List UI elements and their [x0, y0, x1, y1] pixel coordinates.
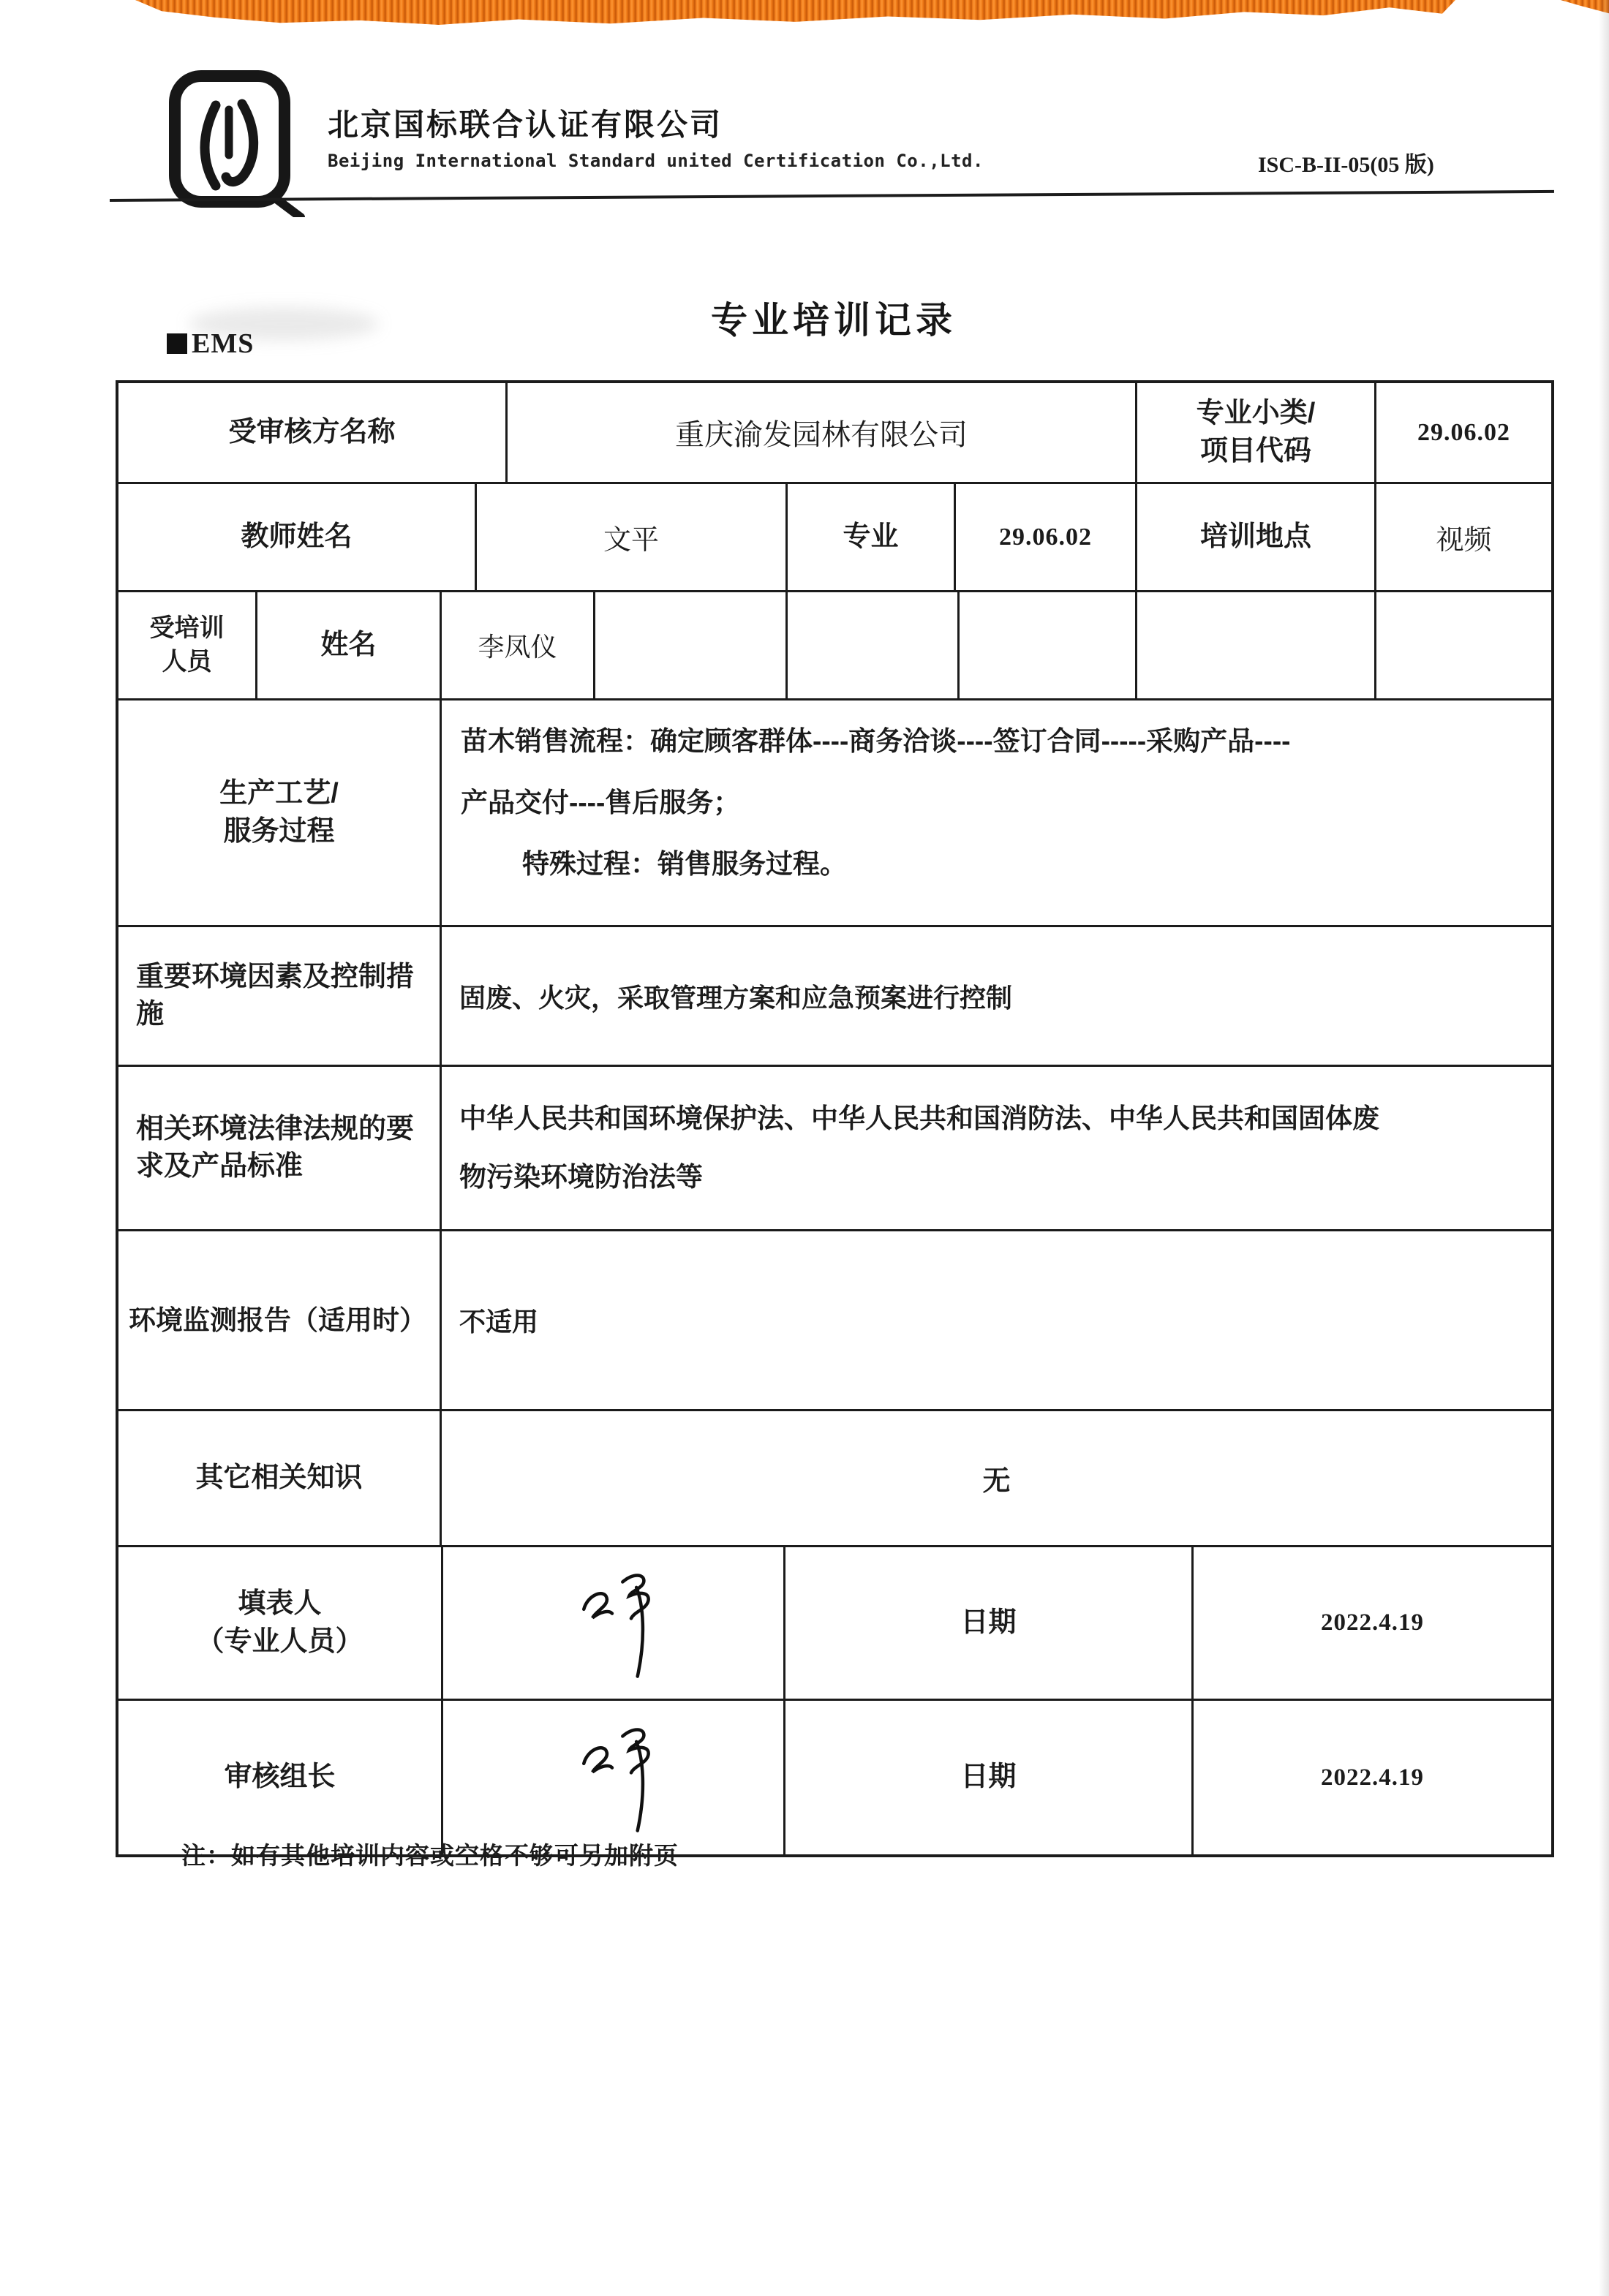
process-line-1: 苗木销售流程：确定顾客群体----商务洽谈----签订合同-----采购产品--… [461, 711, 1538, 772]
ems-square-icon [167, 333, 187, 354]
table-row-audit-leader: 审核组长 日期 2022.4.19 [118, 1701, 1551, 1854]
env-factors-value: 固废、火灾，采取管理方案和应急预案进行控制 [442, 927, 1551, 1065]
training-record-table: 受审核方名称 重庆渝发园林有限公司 专业小类/ 项目代码 29.06.02 教师… [116, 380, 1554, 1857]
trainee-name-cell-empty [960, 592, 1137, 698]
trainee-name-value: 李凤仪 [442, 592, 595, 698]
trainee-name-label: 姓名 [257, 592, 442, 698]
process-label: 生产工艺/ 服务过程 [118, 700, 442, 925]
subcategory-code-label: 专业小类/ 项目代码 [1137, 383, 1376, 482]
laws-value: 中华人民共和国环境保护法、中华人民共和国消防法、中华人民共和国固体废物污染环境防… [442, 1067, 1551, 1229]
training-location-value: 视频 [1376, 484, 1551, 590]
subcategory-code-value: 29.06.02 [1376, 383, 1551, 482]
trainee-name-cell-empty [788, 592, 960, 698]
auditee-name-value: 重庆渝发园林有限公司 [508, 383, 1137, 482]
audit-leader-date-label: 日期 [785, 1701, 1194, 1854]
table-row-other-knowledge: 其它相关知识 无 [118, 1411, 1551, 1547]
table-row-preparer: 填表人 （专业人员） 日期 2022.4.19 [118, 1547, 1551, 1701]
page-edge-shadow [1599, 0, 1609, 2296]
trainee-name-cell-empty [1376, 592, 1551, 698]
teacher-name-label: 教师姓名 [118, 484, 477, 590]
monitoring-report-value: 不适用 [442, 1231, 1551, 1409]
preparer-date-label: 日期 [785, 1547, 1194, 1699]
ems-tag: EMS [167, 328, 254, 360]
process-value: 苗木销售流程：确定顾客群体----商务洽谈----签订合同-----采购产品--… [442, 700, 1551, 925]
process-line-3: 特殊过程：销售服务过程。 [461, 834, 1538, 895]
footer-note: 注：如有其他培训内容或空格不够可另加附页 [181, 1837, 679, 1871]
header-divider [110, 190, 1554, 202]
table-row-monitoring: 环境监测报告（适用时） 不适用 [118, 1231, 1551, 1411]
specialty-value: 29.06.02 [956, 484, 1137, 590]
company-name-cn: 北京国标联合认证有限公司 [328, 101, 723, 145]
certification-mark-icon [165, 67, 307, 217]
monitoring-report-label: 环境监测报告（适用时） [118, 1231, 442, 1409]
other-knowledge-value: 无 [442, 1411, 1551, 1545]
trainee-name-cell-empty [1137, 592, 1376, 698]
company-name-en: Beijing International Standard united Ce… [328, 151, 984, 171]
laws-label: 相关环境法律法规的要求及产品标准 [118, 1067, 442, 1229]
table-row-env-factors: 重要环境因素及控制措施 固废、火灾，采取管理方案和应急预案进行控制 [118, 927, 1551, 1067]
env-factors-label: 重要环境因素及控制措施 [118, 927, 442, 1065]
specialty-label: 专业 [788, 484, 956, 590]
audit-leader-label: 审核组长 [118, 1701, 443, 1854]
preparer-date-value: 2022.4.19 [1194, 1547, 1551, 1699]
table-row-trainees: 受培训 人员 姓名 李凤仪 [118, 592, 1551, 700]
audit-leader-signature [443, 1701, 785, 1854]
audit-leader-date-value: 2022.4.19 [1194, 1701, 1551, 1854]
table-row-laws: 相关环境法律法规的要求及产品标准 中华人民共和国环境保护法、中华人民共和国消防法… [118, 1067, 1551, 1231]
table-row-process: 生产工艺/ 服务过程 苗木销售流程：确定顾客群体----商务洽谈----签订合同… [118, 700, 1551, 927]
preparer-signature [443, 1547, 785, 1699]
ems-tag-label: EMS [192, 328, 254, 360]
binding-edge-texture [135, 0, 1455, 25]
trainee-name-cell-empty [595, 592, 788, 698]
table-row-auditee: 受审核方名称 重庆渝发园林有限公司 专业小类/ 项目代码 29.06.02 [118, 383, 1551, 484]
scanned-training-record-page: 北京国标联合认证有限公司 Beijing International Stand… [0, 0, 1609, 2296]
teacher-name-value: 文平 [477, 484, 788, 590]
document-code: ISC-B-II-05(05 版) [1258, 146, 1434, 178]
training-location-label: 培训地点 [1137, 484, 1376, 590]
table-row-teacher: 教师姓名 文平 专业 29.06.02 培训地点 视频 [118, 484, 1551, 592]
process-line-2: 产品交付----售后服务； [461, 772, 1538, 834]
trainee-group-label: 受培训 人员 [118, 592, 257, 698]
auditee-name-label: 受审核方名称 [118, 383, 508, 482]
other-knowledge-label: 其它相关知识 [118, 1411, 442, 1545]
preparer-label: 填表人 （专业人员） [118, 1547, 443, 1699]
